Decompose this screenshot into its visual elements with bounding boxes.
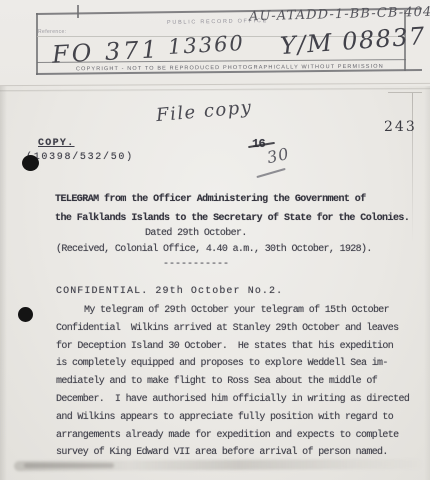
text-line: My telegram of 29th October your telegra… — [56, 302, 409, 320]
reference-series-handwritten: FO 371 — [51, 35, 160, 69]
reference-label: Reference: — [38, 29, 66, 35]
page-fold-line-vertical — [412, 93, 413, 243]
copy-label: COPY. — [38, 138, 75, 149]
scan-smudge-bottom-left — [24, 463, 114, 468]
text-line: is completely equipped and proposes to e… — [56, 355, 409, 373]
slip-tick-mark — [77, 5, 79, 18]
text-line: arrangements already made for expedition… — [56, 427, 409, 445]
text-line: Confidential Wilkins arrived at Stanley … — [56, 320, 409, 338]
pen-slash-mark — [256, 168, 285, 178]
text-line: the Falklands Islands to the Secretary o… — [55, 209, 409, 228]
text-line: for Deception Island 30 October. He stat… — [56, 338, 409, 356]
hole-punch-top — [22, 155, 39, 171]
document-scan: Reference: PUBLIC RECORD OFFICE AU-ATADD… — [0, 0, 430, 480]
file-copy-annotation: File copy — [155, 97, 253, 126]
text-line: December. I have authorised him official… — [56, 391, 409, 409]
confidential-line: CONFIDENTIAL. 29th October No.2. — [56, 286, 283, 297]
hole-punch-middle — [18, 307, 33, 322]
folio-number: 243 — [384, 119, 417, 135]
slip-border-left — [36, 13, 38, 75]
handwritten-number: 30 — [265, 144, 291, 167]
telegram-heading: TELEGRAM from the Officer Administering … — [55, 190, 409, 228]
reference-piece-handwritten: 13360 — [167, 31, 245, 59]
received-line: (Received, Colonial Office, 4.40 a.m., 3… — [56, 244, 372, 255]
text-line: and Wilkins appears to appreciate fully … — [56, 409, 409, 427]
text-line: mediately and to make flight to Ross Sea… — [56, 373, 409, 391]
page-fold-line-horizontal — [388, 92, 422, 93]
file-reference-number: (10398/532/50) — [26, 152, 134, 163]
dated-line: Dated 29th October. — [145, 228, 247, 239]
text-line: TELEGRAM from the Officer Administering … — [55, 190, 409, 209]
slip-paper-edge-shadow — [0, 88, 430, 92]
separator-dashes: ----------- — [163, 259, 229, 270]
telegram-body: My telegram of 29th October your telegra… — [56, 302, 409, 462]
